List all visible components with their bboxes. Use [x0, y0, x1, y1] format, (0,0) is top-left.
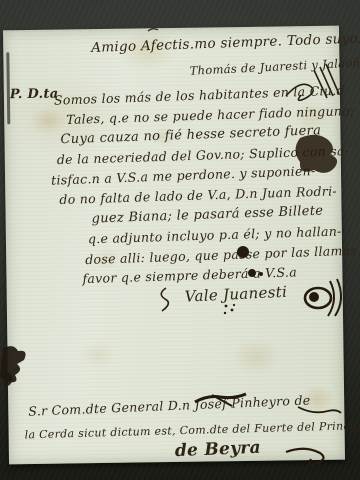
address-line: de Beyra [174, 438, 261, 461]
closing-signature: Vale Juanesti [184, 283, 287, 306]
body-line: dose alli: luego, que passe por las llam… [85, 243, 357, 267]
address-line: la Cerda sicut dictum est, Com.dte del F… [24, 419, 360, 442]
manuscript-photo: Amigo Afectis.mo siempre. Todo suyo. Tho… [0, 0, 360, 480]
body-line: Cuya cauza no fié hesse secreto fuera [60, 123, 321, 147]
letter-page: Amigo Afectis.mo siempre. Todo suyo. Tho… [3, 26, 345, 465]
salutation-line: Amigo Afectis.mo siempre. Todo suyo. [91, 31, 360, 56]
postscript-marker: P. D.ta [10, 87, 59, 103]
signer-name: Thomás de Juaresti y Jalaoña [189, 55, 360, 78]
body-line: guez Biana; le pasará esse Billete [91, 203, 323, 226]
body-line: tisfac.n a V.S.a me perdone. y suponien- [51, 163, 316, 188]
address-line: S.r Com.dte General D.n Josef Pinheyro d… [28, 392, 311, 418]
body-line: q.e adjunto incluyo p.a él; y no hallan- [88, 223, 342, 246]
